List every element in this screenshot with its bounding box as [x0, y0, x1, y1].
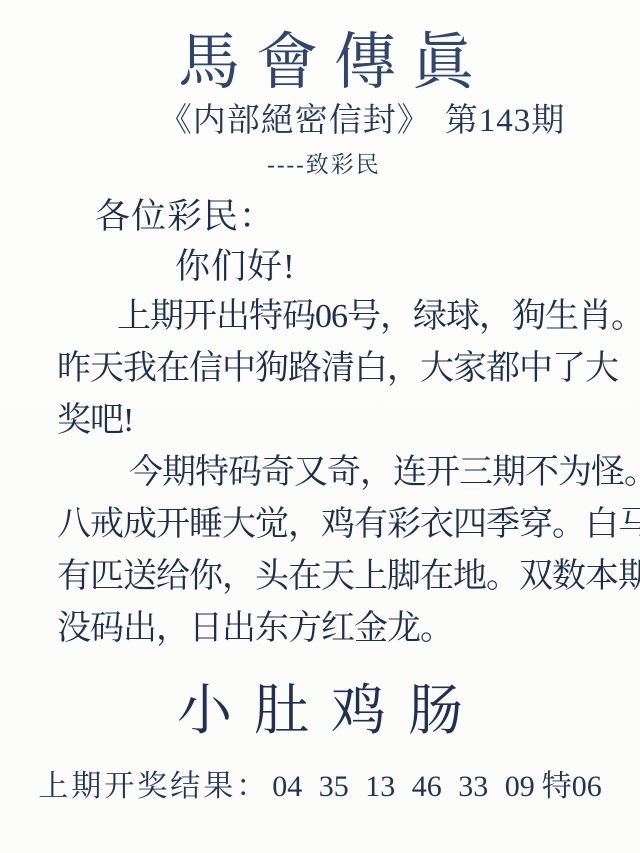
- subtitle-line: 《内部絕密信封》第143期: [42, 94, 640, 141]
- letter-line: 上期开出特码06号，绿球，狗生肖。: [57, 291, 633, 343]
- highlight-phrase: 小肚鸡肠: [0, 666, 640, 745]
- dedication: ----致彩民: [4, 146, 640, 179]
- footer-special-number: 特06: [542, 770, 602, 803]
- footer-result: 上期开奖结果：04 35 13 46 33 09特06: [38, 761, 602, 805]
- issue-number: 第143期: [445, 103, 566, 139]
- subtitle-envelope: 《内部絕密信封》: [159, 103, 431, 139]
- letter-line: 没码出，日出东方红金龙。: [57, 603, 633, 655]
- salutation: 各位彩民：: [95, 189, 275, 239]
- letter-line: 八戒成开睡大觉，鸡有彩衣四季穿。白马: [57, 499, 633, 551]
- fax-sheet: 馬會傳眞 《内部絕密信封》第143期 ----致彩民 各位彩民： 你们好! 上期…: [0, 0, 640, 853]
- letter-line: 昨天我在信中狗路清白，大家都中了大: [57, 343, 633, 395]
- letter-line: 奖吧!: [57, 395, 633, 447]
- letter-line: 有匹送给你，头在天上脚在地。双数本期: [57, 551, 633, 603]
- footer-numbers: 04 35 13 46 33 09: [272, 770, 535, 803]
- letter-body: 上期开出特码06号，绿球，狗生肖。 昨天我在信中狗路清白，大家都中了大 奖吧! …: [57, 291, 633, 655]
- greeting: 你们好!: [175, 239, 296, 289]
- letter-line: 今期特码奇又奇，连开三期不为怪。: [57, 447, 633, 499]
- footer-result-label: 上期开奖结果：: [38, 770, 269, 803]
- page-title: 馬會傳眞: [6, 12, 640, 101]
